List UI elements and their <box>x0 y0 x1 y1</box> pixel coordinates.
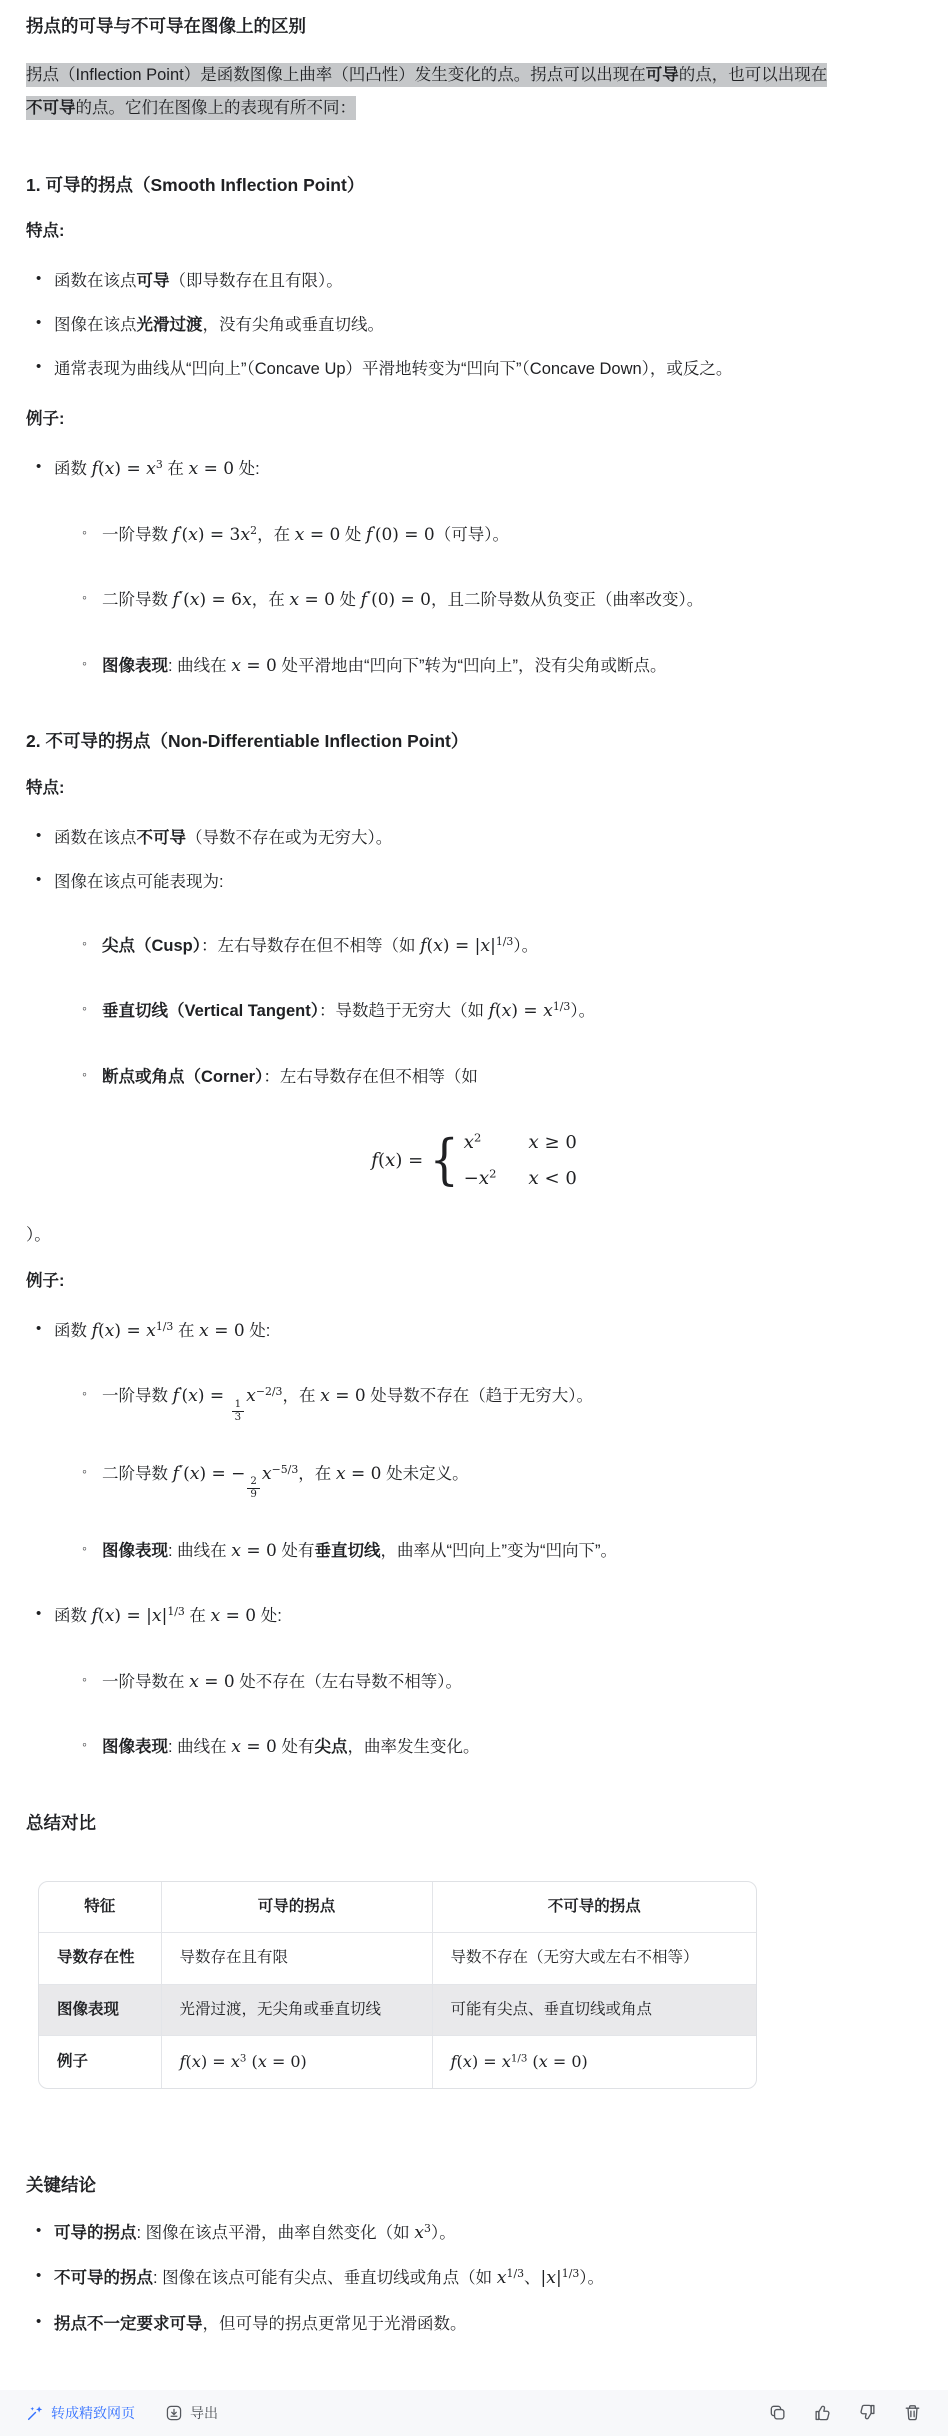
sub-bullet-list: 一阶导数 f′(x) = 3x2，在 x = 0 处 f′(0) = 0（可导）… <box>82 521 922 681</box>
list-item: 函数在该点不可导（导数不存在或为无穷大）。 <box>34 824 922 852</box>
download-icon <box>165 2404 183 2422</box>
list-item: 函数 f(x) = x3 在 x = 0 处:一阶导数 f′(x) = 3x2，… <box>34 455 922 681</box>
section-2-heading: 2. 不可导的拐点（Non-Differentiable Inflection … <box>26 729 922 754</box>
sub-list-item: 垂直切线（Vertical Tangent）：导数趋于无穷大（如 f(x) = … <box>82 997 922 1026</box>
fraction: 13 <box>232 1399 245 1424</box>
case-expression: −x2 <box>464 1163 497 1195</box>
table-header-cell: 特征 <box>39 1882 161 1933</box>
case-expression: x2 <box>464 1127 497 1158</box>
case-condition: x < 0 <box>528 1163 576 1195</box>
sub-list-item: 一阶导数 f′(x) = 3x2，在 x = 0 处 f′(0) = 0（可导）… <box>82 521 922 550</box>
page-title: 拐点的可导与不可导在图像上的区别 <box>26 14 922 39</box>
left-brace: { <box>430 1136 459 1185</box>
message-action-toolbar: 转成精致网页 导出 <box>0 2390 948 2436</box>
list-item: 拐点不一定要求可导，但可导的拐点更常见于光滑函数。 <box>34 2310 922 2338</box>
sub-bullet-list: 尖点（Cusp）：左右导数存在但不相等（如 f(x) = |x|1/3）。垂直切… <box>82 932 922 1091</box>
paragraph: 例子: <box>26 405 922 433</box>
table-row: 例子f(x) = x3 (x = 0)f(x) = x1/3 (x = 0) <box>39 2036 756 2089</box>
comparison-table-wrapper: 特征可导的拐点不可导的拐点导数存在性导数存在且有限导数不存在（无穷大或左右不相等… <box>38 1881 757 2089</box>
bullet-list: 可导的拐点: 图像在该点平滑，曲率自然变化（如 x3）。不可导的拐点: 图像在该… <box>26 2219 922 2338</box>
sub-bullet-list: 一阶导数在 x = 0 处不存在（左右导数不相等）。图像表现: 曲线在 x = … <box>82 1668 922 1763</box>
text-selection-highlight: 拐点（Inflection Point）是函数图像上曲率（凹凸性）发生变化的点。… <box>26 63 827 120</box>
sub-list-item: 尖点（Cusp）：左右导数存在但不相等（如 f(x) = |x|1/3）。 <box>82 932 922 961</box>
section-1-heading: 1. 可导的拐点（Smooth Inflection Point） <box>26 173 922 198</box>
sub-bullet-list: 一阶导数 f′(x) = 13x−2/3，在 x = 0 处导数不存在（趋于无穷… <box>82 1382 922 1566</box>
case-condition: x ≥ 0 <box>528 1127 576 1159</box>
copy-button[interactable] <box>768 2403 787 2422</box>
table-header-cell: 不可导的拐点 <box>432 1882 756 1933</box>
table-cell: f(x) = x3 (x = 0) <box>161 2036 432 2089</box>
piecewise-equation: f(x) = {x2x ≥ 0−x2x < 0 <box>26 1127 922 1195</box>
magic-wand-icon <box>26 2404 44 2422</box>
selected-paragraph: 拐点（Inflection Point）是函数图像上曲率（凹凸性）发生变化的点。… <box>26 59 922 125</box>
table-header: 特征可导的拐点不可导的拐点 <box>39 1882 756 1933</box>
bullet-list: 函数在该点不可导（导数不存在或为无穷大）。图像在该点可能表现为:尖点（Cusp）… <box>26 824 922 1091</box>
copy-icon <box>768 2403 787 2422</box>
equation-cases: x2x ≥ 0−x2x < 0 <box>464 1127 577 1195</box>
toolbar-right-group <box>768 2403 922 2422</box>
sub-list-item: 图像表现: 曲线在 x = 0 处有垂直切线，曲率从“凹向上”变为“凹向下”。 <box>82 1537 922 1566</box>
list-item: 函数 f(x) = x1/3 在 x = 0 处:一阶导数 f′(x) = 13… <box>34 1317 922 1566</box>
table-row: 图像表现光滑过渡，无尖角或垂直切线可能有尖点、垂直切线或角点 <box>39 1984 756 2035</box>
table-cell: 导数存在且有限 <box>161 1933 432 1984</box>
bullet-list: 函数 f(x) = x3 在 x = 0 处:一阶导数 f′(x) = 3x2，… <box>26 455 922 681</box>
list-item: 可导的拐点: 图像在该点平滑，曲率自然变化（如 x3）。 <box>34 2219 922 2248</box>
equation-lhs: f(x) = <box>371 1145 423 1177</box>
sub-list-item: 二阶导数 f″(x) = −29x−5/3，在 x = 0 处未定义。 <box>82 1460 922 1501</box>
table-body: 导数存在性导数存在且有限导数不存在（无穷大或左右不相等）图像表现光滑过渡，无尖角… <box>39 1933 756 2089</box>
sub-list-item: 一阶导数在 x = 0 处不存在（左右导数不相等）。 <box>82 1668 922 1697</box>
list-item: 图像在该点可能表现为:尖点（Cusp）：左右导数存在但不相等（如 f(x) = … <box>34 868 922 1091</box>
table-header-row: 特征可导的拐点不可导的拐点 <box>39 1882 756 1933</box>
list-item: 图像在该点光滑过渡，没有尖角或垂直切线。 <box>34 311 922 339</box>
table-cell: 光滑过渡，无尖角或垂直切线 <box>161 1984 432 2035</box>
delete-button[interactable] <box>903 2403 922 2422</box>
paragraph: 特点: <box>26 217 922 245</box>
list-item: 函数在该点可导（即导数存在且有限）。 <box>34 267 922 295</box>
thumbs-up-button[interactable] <box>813 2403 832 2422</box>
export-label: 导出 <box>190 2403 218 2423</box>
toolbar-left-group: 转成精致网页 导出 <box>26 2403 218 2423</box>
sub-list-item: 图像表现: 曲线在 x = 0 处平滑地由“凹向下”转为“凹向上”，没有尖角或断… <box>82 652 922 681</box>
sub-list-item: 图像表现: 曲线在 x = 0 处有尖点，曲率发生变化。 <box>82 1733 922 1762</box>
summary-heading: 总结对比 <box>26 1811 922 1836</box>
fraction: 29 <box>247 1476 260 1501</box>
conclusion-heading: 关键结论 <box>26 2173 922 2198</box>
paragraph: ）。 <box>26 1221 922 1249</box>
list-item: 函数 f(x) = |x|1/3 在 x = 0 处:一阶导数在 x = 0 处… <box>34 1602 922 1762</box>
bullet-list: 函数在该点可导（即导数存在且有限）。图像在该点光滑过渡，没有尖角或垂直切线。通常… <box>26 267 922 383</box>
list-item: 不可导的拐点: 图像在该点可能有尖点、垂直切线或角点（如 x1/3、|x|1/3… <box>34 2264 922 2293</box>
table-header-cell: 可导的拐点 <box>161 1882 432 1933</box>
sub-list-item: 断点或角点（Corner）：左右导数存在但不相等（如 <box>82 1063 922 1091</box>
table-cell: 可能有尖点、垂直切线或角点 <box>432 1984 756 2035</box>
sub-list-item: 一阶导数 f′(x) = 13x−2/3，在 x = 0 处导数不存在（趋于无穷… <box>82 1382 922 1423</box>
paragraph: 例子: <box>26 1267 922 1295</box>
thumbs-up-icon <box>813 2403 832 2422</box>
table-row-header-cell: 导数存在性 <box>39 1933 161 1984</box>
bullet-list: 函数 f(x) = x1/3 在 x = 0 处:一阶导数 f′(x) = 13… <box>26 1317 922 1763</box>
table-row: 导数存在性导数存在且有限导数不存在（无穷大或左右不相等） <box>39 1933 756 1984</box>
comparison-table: 特征可导的拐点不可导的拐点导数存在性导数存在且有限导数不存在（无穷大或左右不相等… <box>39 1882 756 2088</box>
paragraph: 特点: <box>26 774 922 802</box>
sub-list-item: 二阶导数 f″(x) = 6x，在 x = 0 处 f″(0) = 0，且二阶导… <box>82 586 922 615</box>
trash-icon <box>903 2403 922 2422</box>
list-item: 通常表现为曲线从“凹向上”（Concave Up）平滑地转变为“凹向下”（Con… <box>34 355 922 383</box>
convert-to-webpage-button[interactable]: 转成精致网页 <box>26 2403 135 2423</box>
export-button[interactable]: 导出 <box>165 2403 218 2423</box>
thumbs-down-icon <box>858 2403 877 2422</box>
table-cell: f(x) = x1/3 (x = 0) <box>432 2036 756 2089</box>
assistant-message: 拐点的可导与不可导在图像上的区别拐点（Inflection Point）是函数图… <box>0 0 948 2390</box>
table-cell: 导数不存在（无穷大或左右不相等） <box>432 1933 756 1984</box>
table-row-header-cell: 图像表现 <box>39 1984 161 2035</box>
table-row-header-cell: 例子 <box>39 2036 161 2089</box>
convert-to-webpage-label: 转成精致网页 <box>51 2403 135 2423</box>
thumbs-down-button[interactable] <box>858 2403 877 2422</box>
